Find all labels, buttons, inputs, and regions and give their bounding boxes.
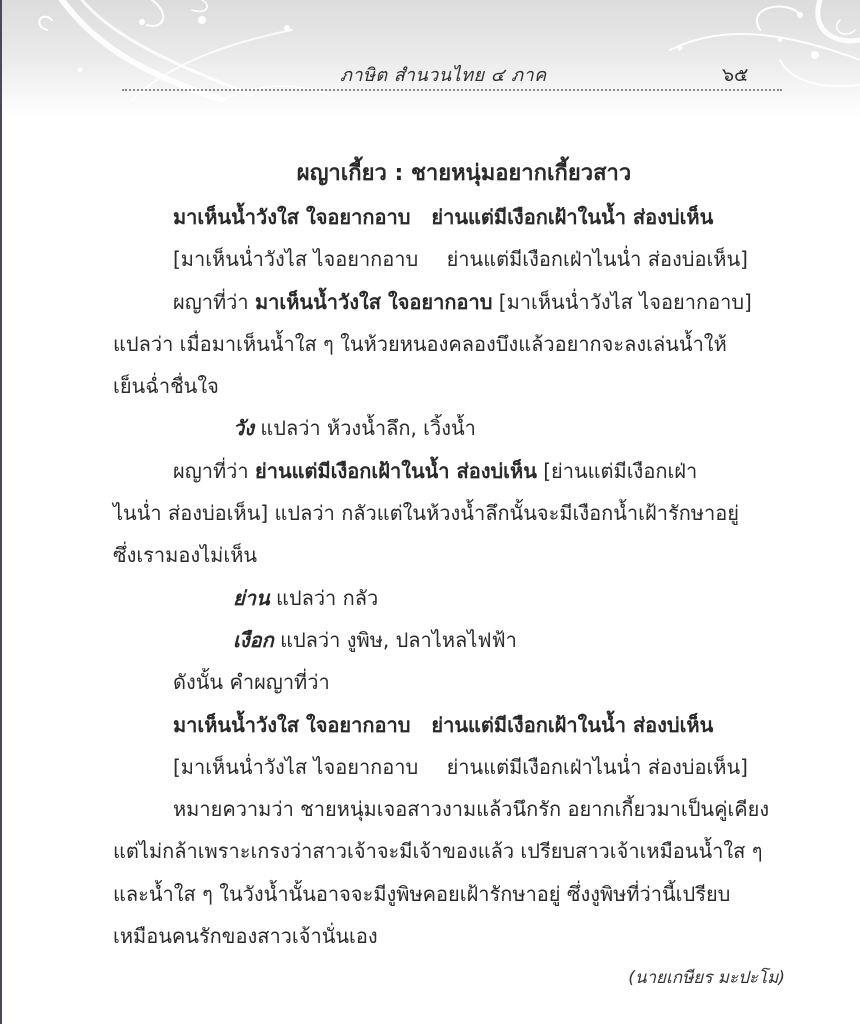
proverb-repeat-part-1: มาเห็นน้ำวังใส ใจอยากอาบ [173, 713, 410, 737]
proverb-repeat-part-2: ย่านแต่มีเงือกเฝ้าในน้ำ ส่องบ่เห็น [431, 713, 713, 737]
paragraph-2-line-3: ซึ่งเรามองไม่เห็น [113, 534, 785, 576]
proverb-reading-line: [มาเห็นน่ำวังไส ไจอยากอาบ ย่านแต่มีเงือก… [113, 238, 785, 280]
paragraph-2-line-2: ไนน่ำ ส่องบ่อเห็น] แปลว่า กลัวแต่ในห้วงน… [113, 492, 785, 534]
floral-swirl-ornament-left [22, 0, 342, 110]
running-title: ภาษิต สำนวนไทย ๔ ภาค [340, 60, 547, 89]
paragraph-1-quote: มาเห็นน้ำวังใส ใจอยากอาบ [255, 290, 492, 314]
meaning-line-3: และน้ำใส ๆ ในวังน้ำนั้นอาจจะมีงูพิษคอยเฝ… [113, 873, 785, 915]
proverb-part-1: มาเห็นน้ำวังใส ใจอยากอาบ [173, 205, 410, 229]
proverb-line: มาเห็นน้ำวังใส ใจอยากอาบ ย่านแต่มีเงือกเ… [113, 196, 785, 238]
gloss-wang-definition: แปลว่า ห้วงน้ำลึก, เวิ้งน้ำ [254, 416, 476, 440]
paragraph-2-intro: ผญาที่ว่า [173, 459, 249, 483]
proverb-reading-repeat-part-1: [มาเห็นน่ำวังไส ไจอยากอาบ [173, 755, 418, 779]
page-number: ๖๕ [722, 60, 748, 90]
meaning-line-2: แต่ไม่กล้าเพราะเกรงว่าสาวเจ้าจะมีเจ้าของ… [113, 830, 785, 872]
proverb-repeat-line: มาเห็นน้ำวังใส ใจอยากอาบ ย่านแต่มีเงือกเ… [113, 704, 785, 746]
gloss-wang: วัง แปลว่า ห้วงน้ำลึก, เวิ้งน้ำ [113, 407, 785, 449]
proverb-reading-repeat-part-2: ย่านแต่มีเงือกเฝ่าไนน่ำ ส่องบ่อเห็น] [447, 755, 748, 779]
meaning-line-4: เหมือนคนรักของสาวเจ้านั่นเอง [113, 915, 785, 957]
paragraph-2-line-1: ผญาที่ว่า ย่านแต่มีเงือกเฝ้าในน้ำ ส่องบ่… [113, 450, 785, 492]
article-body: ผญาเกี้ยว : ชายหนุ่มอยากเกี้ยวสาว มาเห็น… [113, 152, 785, 957]
proverb-reading-part-1: [มาเห็นน่ำวังไส ไจอยากอาบ [173, 247, 418, 271]
gloss-wang-term: วัง [233, 416, 254, 440]
paragraph-1-line-3: เย็นฉ่ำชื่นใจ [113, 365, 785, 407]
page-left-edge [0, 0, 2, 1024]
gloss-yan-term: ย่าน [233, 586, 270, 610]
gloss-ngueak: เงือก แปลว่า งูพิษ, ปลาไหลไฟฟ้า [113, 619, 785, 661]
proverb-reading-part-2: ย่านแต่มีเงือกเฝ่าไนน่ำ ส่องบ่อเห็น] [447, 247, 748, 271]
gloss-yan: ย่าน แปลว่า กลัว [113, 577, 785, 619]
paragraph-1-reading: [มาเห็นน่ำวังไส ไจอยากอาบ] [499, 290, 752, 314]
author-credit: (นายเกษียร มะปะโม) [628, 964, 785, 991]
gloss-yan-definition: แปลว่า กลัว [270, 586, 379, 610]
meaning-line-1: หมายความว่า ชายหนุ่มเจอสาวงามแล้วนึกรัก … [113, 788, 785, 830]
paragraph-2-reading: [ย่านแต่มีเงือกเฝ่า [543, 459, 697, 483]
floral-swirl-ornament-right [660, 0, 860, 110]
gloss-ngueak-term: เงือก [233, 628, 274, 652]
paragraph-1-line-1: ผญาที่ว่า มาเห็นน้ำวังใส ใจอยากอาบ [มาเห… [113, 281, 785, 323]
proverb-part-2: ย่านแต่มีเงือกเฝ้าในน้ำ ส่องบ่เห็น [431, 205, 713, 229]
proverb-reading-repeat-line: [มาเห็นน่ำวังไส ไจอยากอาบ ย่านแต่มีเงือก… [113, 746, 785, 788]
paragraph-2-quote: ย่านแต่มีเงือกเฝ้าในน้ำ ส่องบ่เห็น [255, 459, 537, 483]
paragraph-1-line-2: แปลว่า เมื่อมาเห็นน้ำใส ๆ ในห้วยหนองคลอง… [113, 323, 785, 365]
gloss-ngueak-definition: แปลว่า งูพิษ, ปลาไหลไฟฟ้า [274, 628, 517, 652]
article-title: ผญาเกี้ยว : ชายหนุ่มอยากเกี้ยวสาว [113, 152, 785, 196]
header-dotted-rule [122, 89, 782, 91]
therefore-line: ดังนั้น คำผญาที่ว่า [113, 661, 785, 703]
paragraph-1-intro: ผญาที่ว่า [173, 290, 249, 314]
